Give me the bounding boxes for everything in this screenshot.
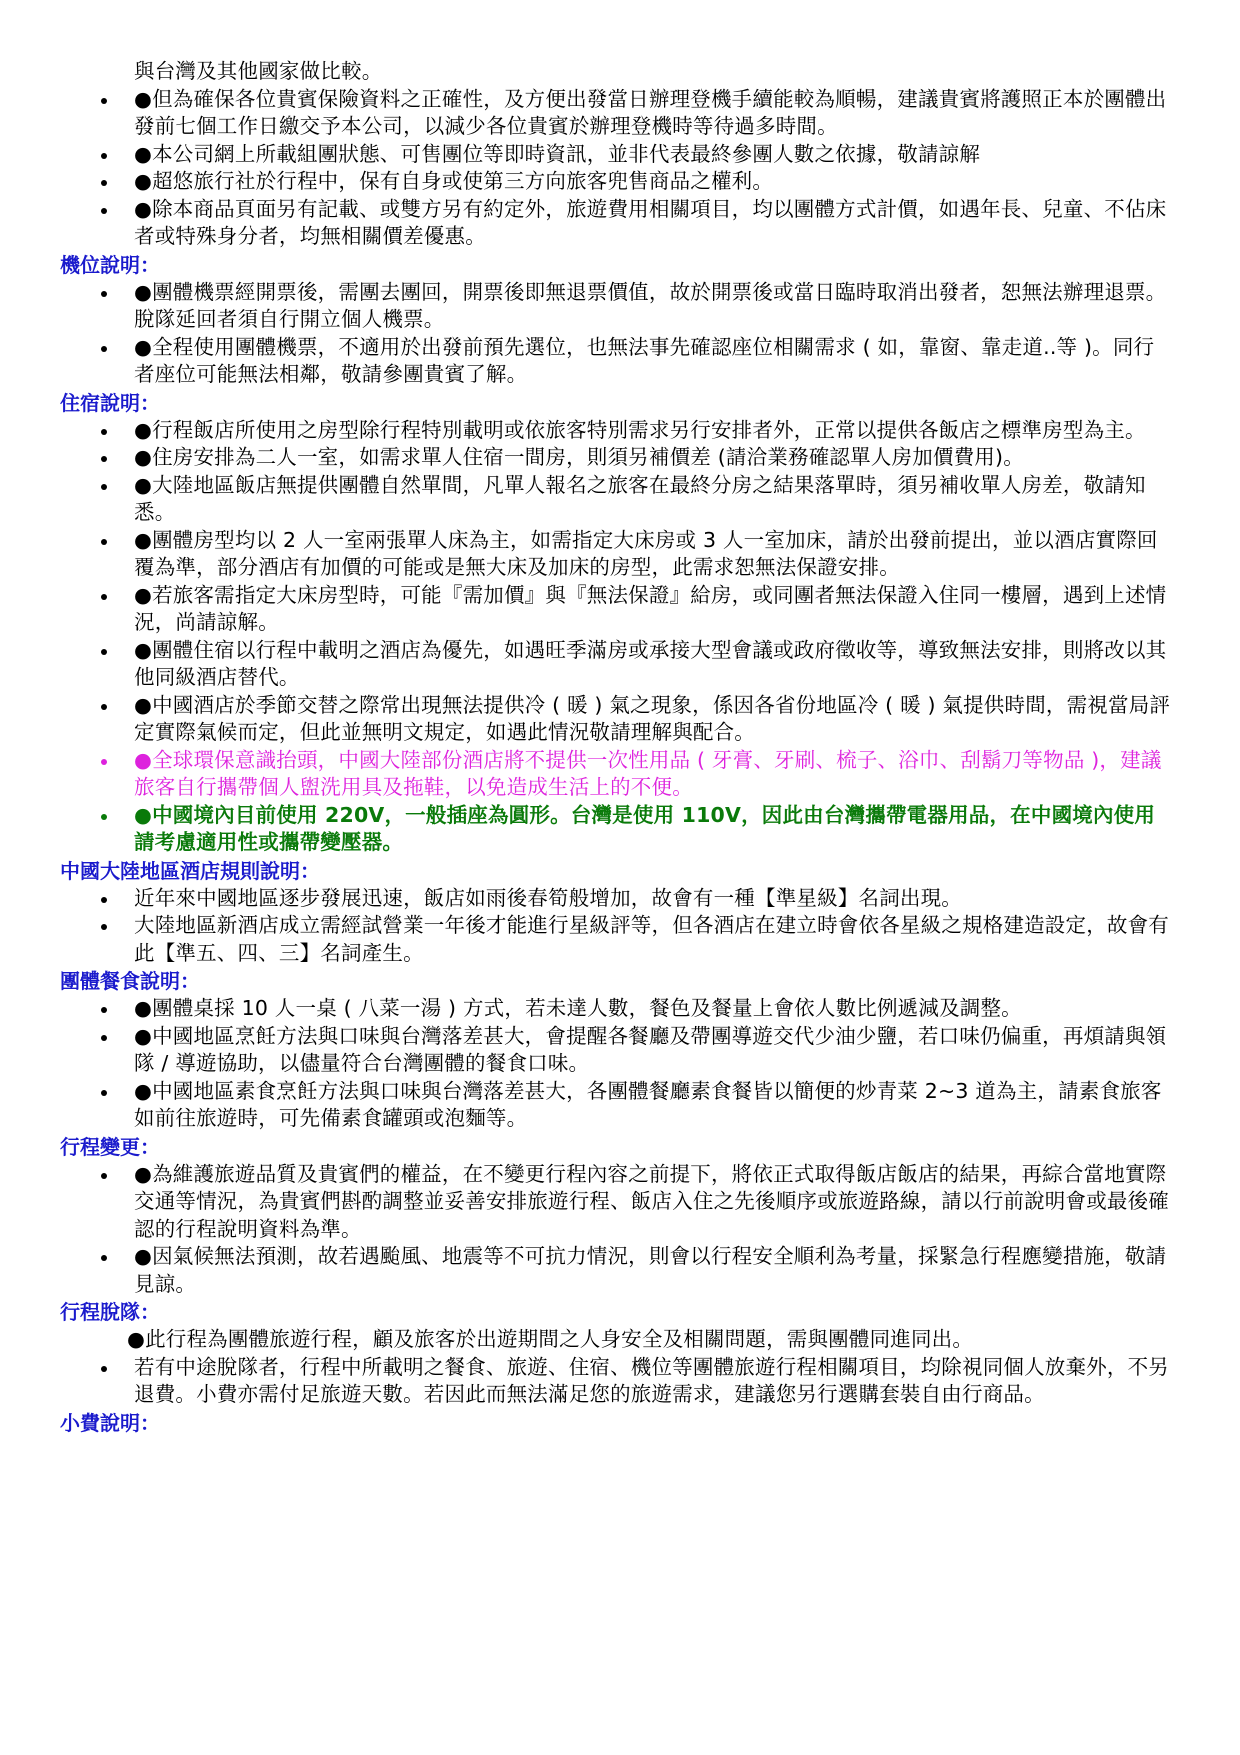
leaving-group-list: ●此行程為團體旅遊行程，顧及旅客於出遊期間之人身安全及相關問題，需與團體同進同出… <box>0 1326 1240 1409</box>
list-item: 若有中途脫隊者，行程中所載明之餐食、旅遊、住宿、機位等團體旅遊行程相關項目，均除… <box>134 1354 1174 1409</box>
list-item: ●團體房型均以 2 人一室兩張單人床為主，如需指定大床房或 3 人一室加床，請於… <box>134 527 1174 582</box>
highlight-item-voltage: ●中國境內目前使用 220V，一般插座為圓形。台灣是使用 110V，因此由台灣攜… <box>134 802 1174 857</box>
flight-list: ●團體機票經開票後，需團去團回，開票後即無退票價值，故於開票後或當日臨時取消出發… <box>0 279 1240 389</box>
section-heading-tips: 小費說明： <box>60 1409 1240 1437</box>
list-item: ●大陸地區飯店無提供團體自然單間，凡單人報名之旅客在最終分房之結果落單時，須另補… <box>134 472 1174 527</box>
list-item: ●行程飯店所使用之房型除行程特別載明或依旅客特別需求另行安排者外，正常以提供各飯… <box>134 417 1174 445</box>
leaving-group-lead: ●此行程為團體旅遊行程，顧及旅客於出遊期間之人身安全及相關問題，需與團體同進同出… <box>127 1326 1167 1354</box>
list-item: ●除本商品頁面另有記載、或雙方另有約定外，旅遊費用相關項目，均以團體方式計價，如… <box>134 196 1174 251</box>
list-item: 大陸地區新酒店成立需經試營業一年後才能進行星級評等，但各酒店在建立時會依各星級之… <box>134 912 1174 967</box>
list-item: ●若旅客需指定大床房型時，可能『需加價』與『無法保證』給房，或同團者無法保證入住… <box>134 582 1174 637</box>
section-heading-leaving-group: 行程脫隊： <box>60 1298 1240 1326</box>
list-item: ●團體桌採 10 人一桌 ( 八菜一湯 ) 方式，若未達人數，餐色及餐量上會依人… <box>134 995 1174 1023</box>
list-item: ●中國地區烹飪方法與口味與台灣落差甚大，會提醒各餐廳及帶團導遊交代少油少鹽，若口… <box>134 1023 1174 1078</box>
list-item: ●因氣候無法預測，故若遇颱風、地震等不可抗力情況，則會以行程安全順利為考量，採緊… <box>134 1243 1174 1298</box>
list-item: ●本公司網上所載組團狀態、可售團位等即時資訊，並非代表最終參團人數之依據，敬請諒… <box>134 141 1174 169</box>
accommodation-list: ●行程飯店所使用之房型除行程特別載明或依旅客特別需求另行安排者外，正常以提供各飯… <box>0 417 1240 857</box>
list-item: ●團體機票經開票後，需團去團回，開票後即無退票價值，故於開票後或當日臨時取消出發… <box>134 279 1174 334</box>
list-item: ●團體住宿以行程中載明之酒店為優先，如遇旺季滿房或承接大型會議或政府徵收等，導致… <box>134 637 1174 692</box>
document-page: 與台灣及其他國家做比較。 ●但為確保各位貴賓保險資料之正確性，及方便出發當日辦理… <box>0 58 1240 1437</box>
list-item: ●超悠旅行社於行程中，保有自身或使第三方向旅客兜售商品之權利。 <box>134 168 1174 196</box>
meals-list: ●團體桌採 10 人一桌 ( 八菜一湯 ) 方式，若未達人數，餐色及餐量上會依人… <box>0 995 1240 1133</box>
section-heading-meals: 團體餐食說明： <box>60 967 1240 995</box>
section-heading-accommodation: 住宿說明： <box>60 389 1240 417</box>
list-item: ●為維護旅遊品質及貴賓們的權益，在不變更行程內容之前提下，將依正式取得飯店飯店的… <box>134 1161 1174 1244</box>
list-item: ●中國酒店於季節交替之際常出現無法提供冷 ( 暖 ) 氣之現象，係因各省份地區冷… <box>134 692 1174 747</box>
section-heading-itinerary-change: 行程變更： <box>60 1133 1240 1161</box>
itinerary-change-list: ●為維護旅遊品質及貴賓們的權益，在不變更行程內容之前提下，將依正式取得飯店飯店的… <box>0 1161 1240 1299</box>
hotel-rules-list: 近年來中國地區逐步發展迅速，飯店如雨後春筍般增加，故會有一種【準星級】名詞出現。… <box>0 885 1240 968</box>
list-item: ●住房安排為二人一室，如需求單人住宿一間房，則須另補價差 (請洽業務確認單人房加… <box>134 444 1174 472</box>
section-heading-flight: 機位說明： <box>60 251 1240 279</box>
intro-list: 與台灣及其他國家做比較。 ●但為確保各位貴賓保險資料之正確性，及方便出發當日辦理… <box>0 58 1240 251</box>
section-heading-hotel-rules: 中國大陸地區酒店規則說明： <box>60 857 1240 885</box>
list-item: ●中國地區素食烹飪方法與口味與台灣落差甚大，各團體餐廳素食餐皆以簡便的炒青菜 2… <box>134 1078 1174 1133</box>
list-item: 近年來中國地區逐步發展迅速，飯店如雨後春筍般增加，故會有一種【準星級】名詞出現。 <box>134 885 1174 913</box>
intro-continuation: 與台灣及其他國家做比較。 <box>134 58 1174 86</box>
list-item: ●但為確保各位貴賓保險資料之正確性，及方便出發當日辦理登機手續能較為順暢，建議貴… <box>134 86 1174 141</box>
highlight-item-toiletries: ●全球環保意識抬頭，中國大陸部份酒店將不提供一次性用品 ( 牙膏、牙刷、梳子、浴… <box>134 747 1174 802</box>
list-item: ●全程使用團體機票，不適用於出發前預先選位，也無法事先確認座位相關需求 ( 如，… <box>134 334 1174 389</box>
